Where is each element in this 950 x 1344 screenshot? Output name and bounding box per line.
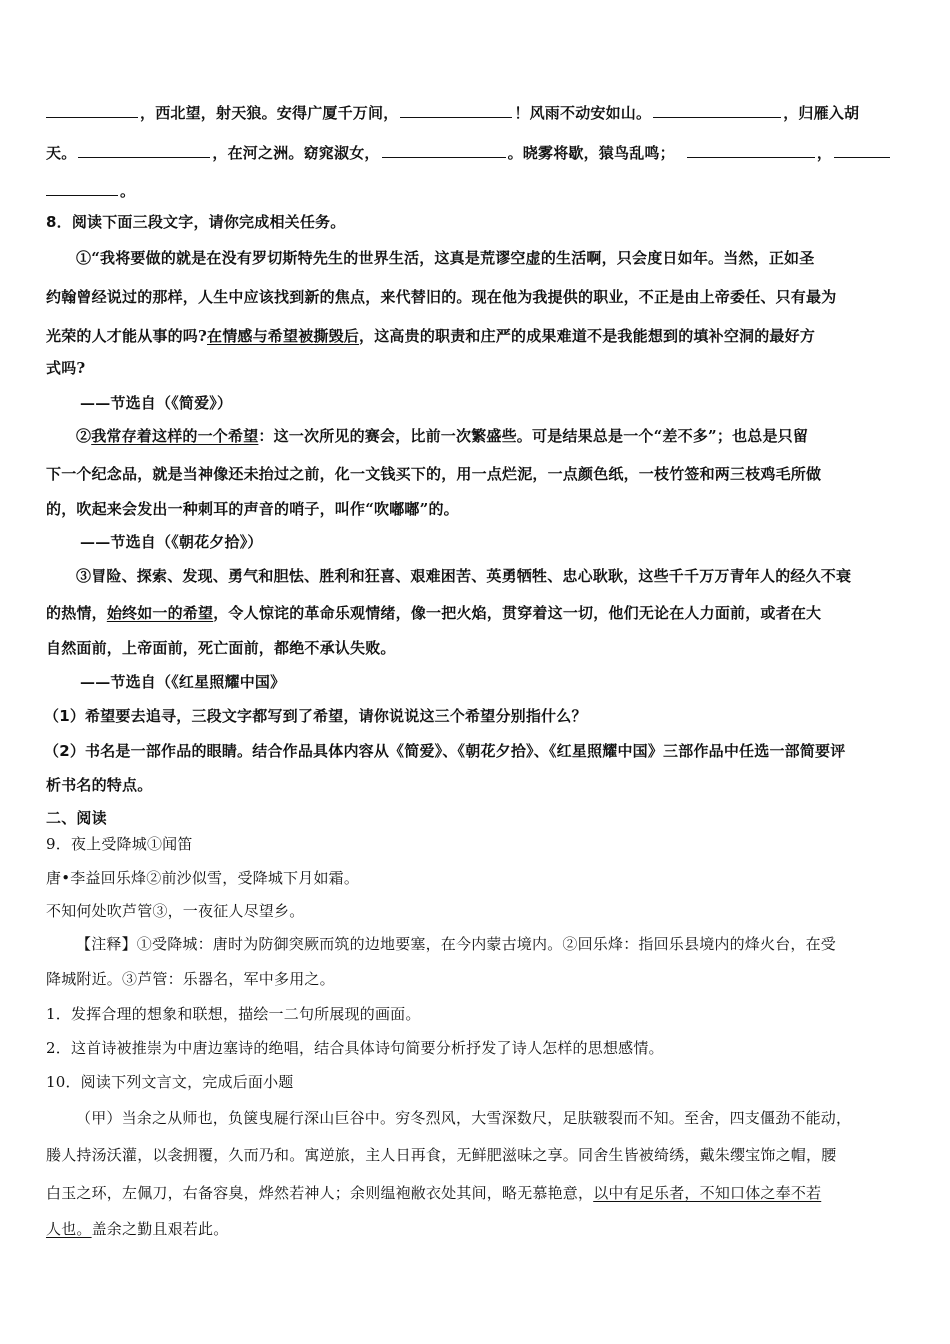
notes-line-1: 【注释】①受降城：唐时为防御突厥而筑的边地要塞，在今内蒙古境内。②回乐烽：指回乐… (46, 934, 938, 954)
answer-blank[interactable] (834, 142, 890, 158)
passage-3-line-2: 的热情，始终如一的希望，令人惊诧的革命乐观情绪，像一把火焰，贯穿着这一切，他们无… (46, 603, 908, 623)
passage-1-line-1: ①“我将要做的就是在没有罗切斯特先生的世界生活，这真是荒谬空虚的生活啊，只会度日… (46, 248, 938, 268)
passage-2-line-3: 的，吹起来会发出一种刺耳的声音的哨子，叫作“吹嘟嘟”的。 (46, 499, 908, 519)
answer-blank[interactable] (46, 102, 138, 118)
task-1: （1）希望要去追寻，三段文字都写到了希望，请你说说这三个希望分别指什么？ (44, 706, 906, 726)
passage-1-line-3: 光荣的人才能从事的吗?在情感与希望被撕毁后，这高贵的职责和庄严的成果难道不是我能… (46, 326, 908, 346)
passage-1-line-4: 式吗? (46, 358, 908, 378)
answer-blank[interactable] (653, 102, 781, 118)
poem-text: ，归雁入胡 (783, 104, 859, 122)
poem-text: ，西北望，射天狼。安得广厦千万间， (140, 104, 398, 122)
underlined-phrase: 始终如一的希望 (107, 604, 213, 622)
classical-text-line-4: 人也。盖余之勤且艰若此。 (46, 1219, 908, 1239)
question-10-title: 10．阅读下列文言文，完成后面小题 (46, 1072, 908, 1092)
answer-blank[interactable] (46, 180, 118, 196)
notes-line-2: 降城附近。③芦管：乐器名，军中多用之。 (46, 969, 908, 989)
poem-text: ，在河之洲。窈窕淑女， (212, 144, 379, 162)
document-page: ，西北望，射天狼。安得广厦千万间，！风雨不动安如山。，归雁入胡 天。，在河之洲。… (0, 0, 950, 1344)
passage-3-line-1: ③冒险、探索、发现、勇气和胆怯、胜利和狂喜、艰难困苦、英勇牺牲、忠心耿耿，这些千… (46, 566, 938, 586)
sub-question-2: 2．这首诗被推崇为中唐边塞诗的绝唱，结合具体诗句简要分析抒发了诗人怎样的思想感情… (46, 1038, 908, 1058)
poem-line-1: 唐•李益回乐烽②前沙似雪，受降城下月如霜。 (46, 868, 908, 888)
fill-blank-line-3: 。 (46, 180, 908, 201)
classical-text-line-3: 白玉之环，左佩刀，右备容臭，烨然若神人；余则缊袍敝衣处其间，略无慕艳意，以中有足… (46, 1183, 908, 1203)
passage-1-line-2: 约翰曾经说过的那样，人生中应该找到新的焦点，来代替旧的。现在他为我提供的职业，不… (46, 287, 908, 307)
passage-3-source: ——节选自（《红星照耀中国》 (46, 672, 942, 692)
answer-blank[interactable] (400, 102, 512, 118)
classical-text-line-1: （甲）当余之从师也，负箧曳屣行深山巨谷中。穷冬烈风，大雪深数尺，足肤皲裂而不知。… (46, 1108, 938, 1128)
poem-text: ， (817, 144, 832, 162)
passage-2-source: ——节选自（《朝花夕拾》） (46, 532, 942, 552)
poem-text: 天。 (46, 144, 76, 162)
fill-blank-line-1: ，西北望，射天狼。安得广厦千万间，！风雨不动安如山。，归雁入胡 (46, 102, 908, 123)
poem-text: 。晓雾将歇，猿鸟乱鸣； (508, 144, 675, 162)
poem-line-2: 不知何处吹芦管③，一夜征人尽望乡。 (46, 901, 908, 921)
passage-1-source: ——节选自（《简爱》） (46, 393, 942, 413)
fill-blank-line-2: 天。，在河之洲。窈窕淑女，。晓雾将歇，猿鸟乱鸣；， (46, 142, 908, 163)
question-9-title: 9．夜上受降城①闻笛 (46, 834, 908, 854)
passage-2-line-2: 下一个纪念品，就是当神像还未抬过之前，化一文钱买下的，用一点烂泥，一点颜色纸，一… (46, 464, 908, 484)
answer-blank[interactable] (78, 142, 210, 158)
underlined-phrase: 我常存着这样的一个希望 (91, 427, 258, 445)
underlined-phrase: 以中有足乐者，不知口体之奉不若 (593, 1184, 821, 1202)
task-2-line-2: 析书名的特点。 (46, 775, 908, 795)
underlined-phrase: 在情感与希望被撕毁后 (207, 327, 359, 345)
classical-text-line-2: 媵人持汤沃灌，以衾拥覆，久而乃和。寓逆旅，主人日再食，无鲜肥滋味之享。同舍生皆被… (46, 1145, 908, 1165)
section-heading: 二、阅读 (46, 808, 908, 828)
sub-question-1: 1．发挥合理的想象和联想，描绘一二句所展现的画面。 (46, 1004, 908, 1024)
answer-blank[interactable] (687, 142, 815, 158)
answer-blank[interactable] (382, 142, 506, 158)
poem-text: 。 (120, 182, 135, 200)
task-2-line-1: （2）书名是一部作品的眼睛。结合作品具体内容从《简爱》、《朝花夕拾》、《红星照耀… (44, 741, 906, 761)
poem-text: ！风雨不动安如山。 (514, 104, 651, 122)
passage-3-line-3: 自然面前，上帝面前，死亡面前，都绝不承认失败。 (46, 638, 908, 658)
underlined-phrase: 人也。 (46, 1220, 92, 1238)
passage-2-line-1: ②我常存着这样的一个希望：这一次所见的赛会，比前一次繁盛些。可是结果总是一个“差… (46, 426, 938, 446)
question-8-title: 8．阅读下面三段文字，请你完成相关任务。 (46, 212, 908, 232)
